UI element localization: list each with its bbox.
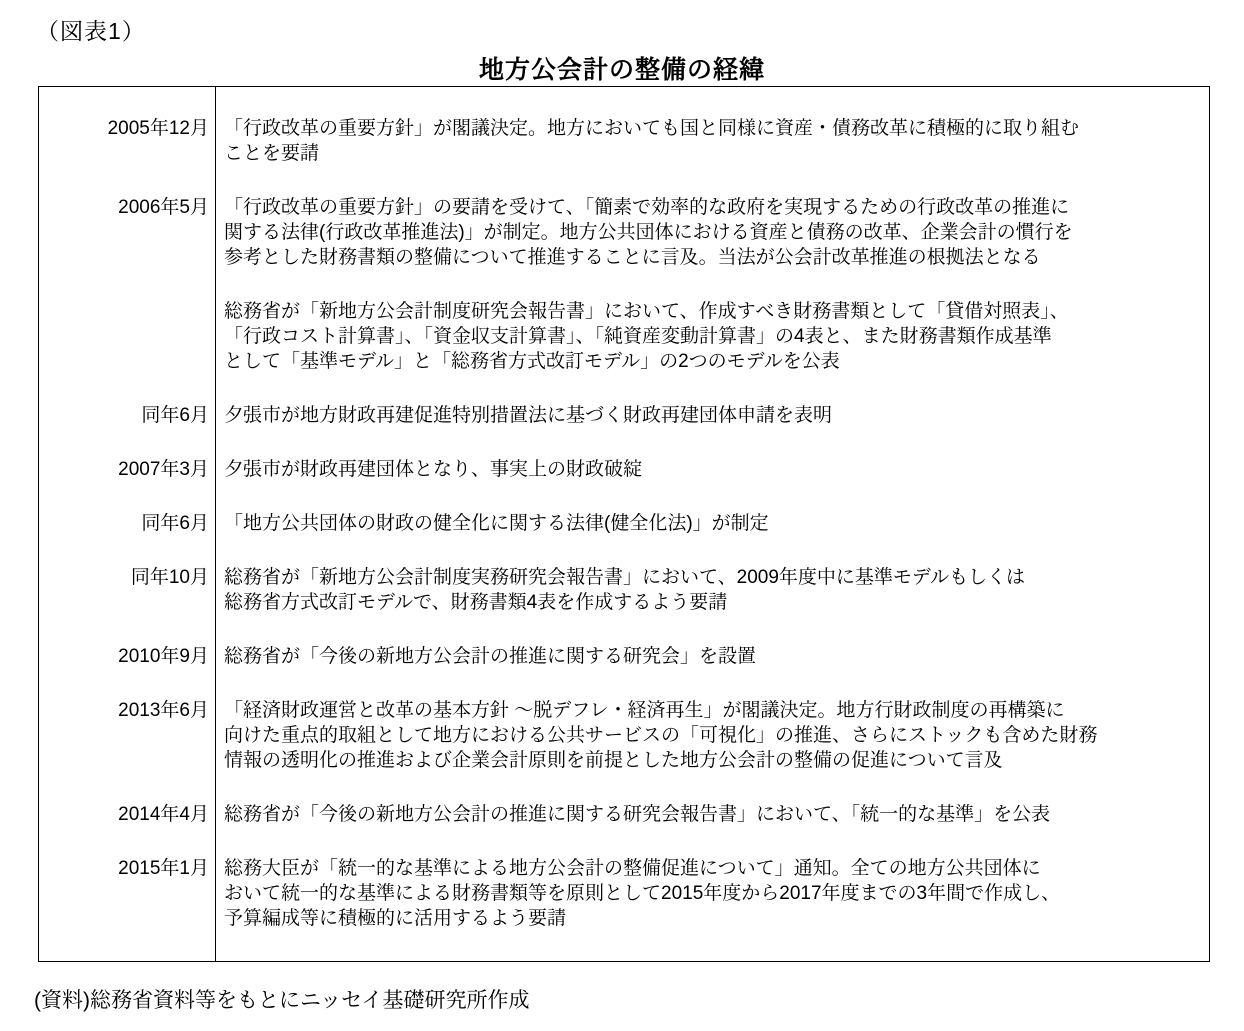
- event-date: 2010年9月: [39, 615, 216, 669]
- timeline-row: 2010年9月 総務省が「今後の新地方公会計の推進に関する研究会」を設置: [39, 615, 1209, 669]
- event-date: 同年10月: [39, 536, 216, 615]
- event-description: 総務省が「今後の新地方公会計の推進に関する研究会報告書」において、「統一的な基準…: [216, 773, 1209, 827]
- timeline-row: 2007年3月 夕張市が財政再建団体となり、事実上の財政破綻: [39, 428, 1209, 482]
- event-description: 総務大臣が「統一的な基準による地方公会計の整備促進について」通知。全ての地方公共…: [216, 827, 1209, 961]
- timeline-row: 2014年4月 総務省が「今後の新地方公会計の推進に関する研究会報告書」において…: [39, 773, 1209, 827]
- event-description: 夕張市が財政再建団体となり、事実上の財政破綻: [216, 428, 1209, 482]
- timeline-row: 同年6月 「地方公共団体の財政の健全化に関する法律(健全化法)」が制定: [39, 482, 1209, 536]
- timeline-row: 2015年1月 総務大臣が「統一的な基準による地方公会計の整備促進について」通知…: [39, 827, 1209, 961]
- event-date: [39, 270, 216, 374]
- event-date: 2013年6月: [39, 669, 216, 773]
- event-date: 2007年3月: [39, 428, 216, 482]
- timeline-row: 2013年6月 「経済財政運営と改革の基本方針 ～脱デフレ・経済再生」が閣議決定…: [39, 669, 1209, 773]
- timeline-table: 2005年12月 「行政改革の重要方針」が閣議決定。地方においても国と同様に資産…: [38, 86, 1210, 962]
- timeline-row: 総務省が「新地方公会計制度研究会報告書」において、作成すべき財務書類として「貸借…: [39, 270, 1209, 374]
- event-date: 同年6月: [39, 482, 216, 536]
- figure-label: （図表1）: [36, 13, 146, 46]
- event-date: 2014年4月: [39, 773, 216, 827]
- event-date: 2005年12月: [39, 87, 216, 166]
- event-date: 同年6月: [39, 374, 216, 428]
- event-description: 「地方公共団体の財政の健全化に関する法律(健全化法)」が制定: [216, 482, 1209, 536]
- event-description: 総務省が「今後の新地方公会計の推進に関する研究会」を設置: [216, 615, 1209, 669]
- event-description: 「経済財政運営と改革の基本方針 ～脱デフレ・経済再生」が閣議決定。地方行財政制度…: [216, 669, 1209, 773]
- timeline-row: 同年10月 総務省が「新地方公会計制度実務研究会報告書」において、2009年度中…: [39, 536, 1209, 615]
- event-description: 総務省が「新地方公会計制度実務研究会報告書」において、2009年度中に基準モデル…: [216, 536, 1209, 615]
- source-note: (資料)総務省資料等をもとにニッセイ基礎研究所作成: [34, 984, 530, 1014]
- event-description: 総務省が「新地方公会計制度研究会報告書」において、作成すべき財務書類として「貸借…: [216, 270, 1209, 374]
- timeline-row: 2006年5月 「行政改革の重要方針」の要請を受けて、「簡素で効率的な政府を実現…: [39, 166, 1209, 270]
- timeline-row: 同年6月 夕張市が地方財政再建促進特別措置法に基づく財政再建団体申請を表明: [39, 374, 1209, 428]
- page-title: 地方公会計の整備の経緯: [0, 50, 1244, 86]
- timeline-row: 2005年12月 「行政改革の重要方針」が閣議決定。地方においても国と同様に資産…: [39, 87, 1209, 166]
- event-description: 「行政改革の重要方針」が閣議決定。地方においても国と同様に資産・債務改革に積極的…: [216, 87, 1209, 166]
- event-description: 夕張市が地方財政再建促進特別措置法に基づく財政再建団体申請を表明: [216, 374, 1209, 428]
- event-date: 2006年5月: [39, 166, 216, 270]
- event-date: 2015年1月: [39, 827, 216, 961]
- event-description: 「行政改革の重要方針」の要請を受けて、「簡素で効率的な政府を実現するための行政改…: [216, 166, 1209, 270]
